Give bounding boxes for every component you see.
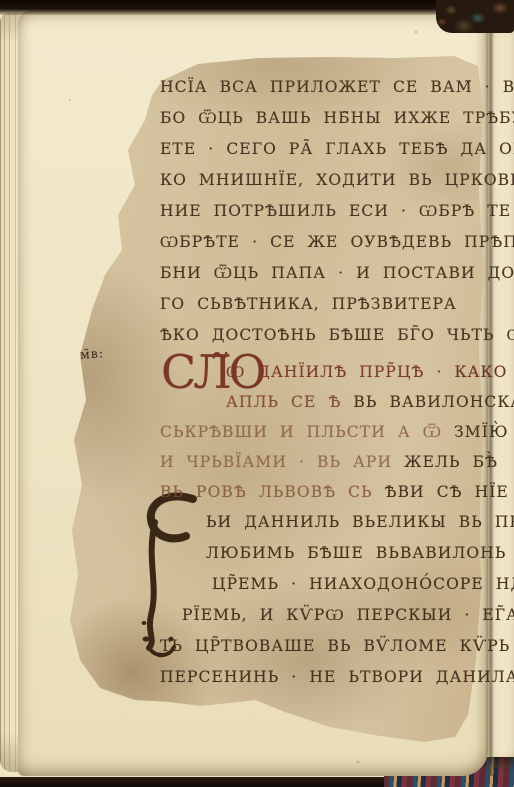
text-line: бни ѿць папа · и постави добра <box>160 258 500 289</box>
text-segment-dark: како <box>455 363 508 381</box>
text-segment: ѡ данїилѣ прр̃цѣ · <box>226 363 455 381</box>
text-line: ко мнишнїе, ходити вь црковь · <box>160 165 500 196</box>
text-line: ние потрѣшиль еси · ѡбрѣ те и прї <box>160 196 500 227</box>
text-segment: го сьвѣтника, прѣзвитера <box>160 295 457 313</box>
text-line: ѡбрѣте · се же оувѣдевь прѣпо̃ <box>160 227 500 258</box>
text-line: персенинь · не ьтвори данила <box>160 662 500 693</box>
text-line: нсїа вса приложет се вам̃ · вѣсть <box>160 72 500 103</box>
text-segment: ськрѣвши и пльсти а ѿ <box>160 423 454 441</box>
marginal-note: м̃в: <box>80 345 105 362</box>
text-line: рїемь, и кѵ̈рѡ перскыи · ег̃а <box>182 600 500 631</box>
text-segment: ьи данниль вьеликы вь прр̃чѣ <box>206 513 514 531</box>
text-segment: ние потрѣшиль еси · ѡбрѣ те и прї <box>160 202 514 220</box>
text-segment: нсїа вса приложет се вам̃ · вѣсть <box>160 78 514 96</box>
text-segment-dark: вь вавилонскаго <box>353 393 514 411</box>
text-line: го сьвѣтника, прѣзвитера <box>160 289 500 320</box>
text-segment: бни ѿць папа · и постави добра <box>160 264 514 282</box>
text-line: ьи данниль вьеликы вь прр̃чѣ <box>206 507 500 538</box>
text-segment: ть цр̃твоваше вь вѵ̈ломе кѵ̈рь <box>160 637 510 655</box>
text-segment: ѣко достоѣнь бѣше бг̃о чьть ѡ̃ : <box>160 326 514 344</box>
binding-headband <box>436 0 514 33</box>
text-segment: персенинь · не ьтвори данила <box>160 668 514 686</box>
text-segment-dark: жель бѣ̀ <box>404 453 498 471</box>
text-line: ѡ данїилѣ прр̃цѣ · како <box>226 357 500 387</box>
text-segment: ѡбрѣте · се же оувѣдевь прѣпо̃ <box>160 233 514 251</box>
text-line: ськрѣвши и пльсти а ѿ змїю̀ <box>160 417 500 447</box>
text-line: цр̃емь · ниаходоно́соре нда <box>212 569 500 600</box>
text-segment: любимь бѣше вьвавилонь скы̃ <box>206 544 514 562</box>
text-line: ѣко достоѣнь бѣше бг̃о чьть ѡ̃ : <box>160 320 500 351</box>
text-segment: апль се ѣ <box>226 393 353 411</box>
text-segment-dark: змїю̀ <box>454 423 509 441</box>
text-line: ете · сего ра̃ глахь тебѣ да об̃м <box>160 134 500 165</box>
text-block: нсїа вса приложет се вам̃ · вѣстьбо ѿць … <box>160 72 500 693</box>
text-segment: и чрьвїами · вь ари <box>160 453 404 471</box>
text-segment: цр̃емь · ниаходоно́соре нда <box>212 575 514 593</box>
text-segment: рїемь, и кѵ̈рѡ перскыи · ег̃а <box>182 606 514 624</box>
text-line: и чрьвїами · вь ари жель бѣ̀ <box>160 447 500 477</box>
text-line: бо ѿць вашь нб̃ны ихже трѣбу <box>160 103 500 134</box>
text-line: любимь бѣше вьвавилонь скы̃ <box>206 538 500 569</box>
text-line: апль се ѣ вь вавилонскаго <box>226 387 500 417</box>
text-segment-dark: ѣви сѣ нїе · <box>385 483 514 501</box>
text-segment: вь ровѣ львовѣ сь <box>160 483 385 501</box>
text-segment: ете · сего ра̃ глахь тебѣ да об̃м <box>160 140 514 158</box>
manuscript-photo: м̃в: СЛ̃О нсїа вса приложет се вам̃ · вѣ… <box>0 0 514 787</box>
text-line: вь ровѣ львовѣ сь ѣви сѣ нїе · <box>160 477 500 507</box>
text-segment: ко мнишнїе, ходити вь црковь · <box>160 171 514 189</box>
text-segment: бо ѿць вашь нб̃ны ихже трѣбу <box>160 109 514 127</box>
text-line: ть цр̃твоваше вь вѵ̈ломе кѵ̈рь <box>160 631 500 662</box>
